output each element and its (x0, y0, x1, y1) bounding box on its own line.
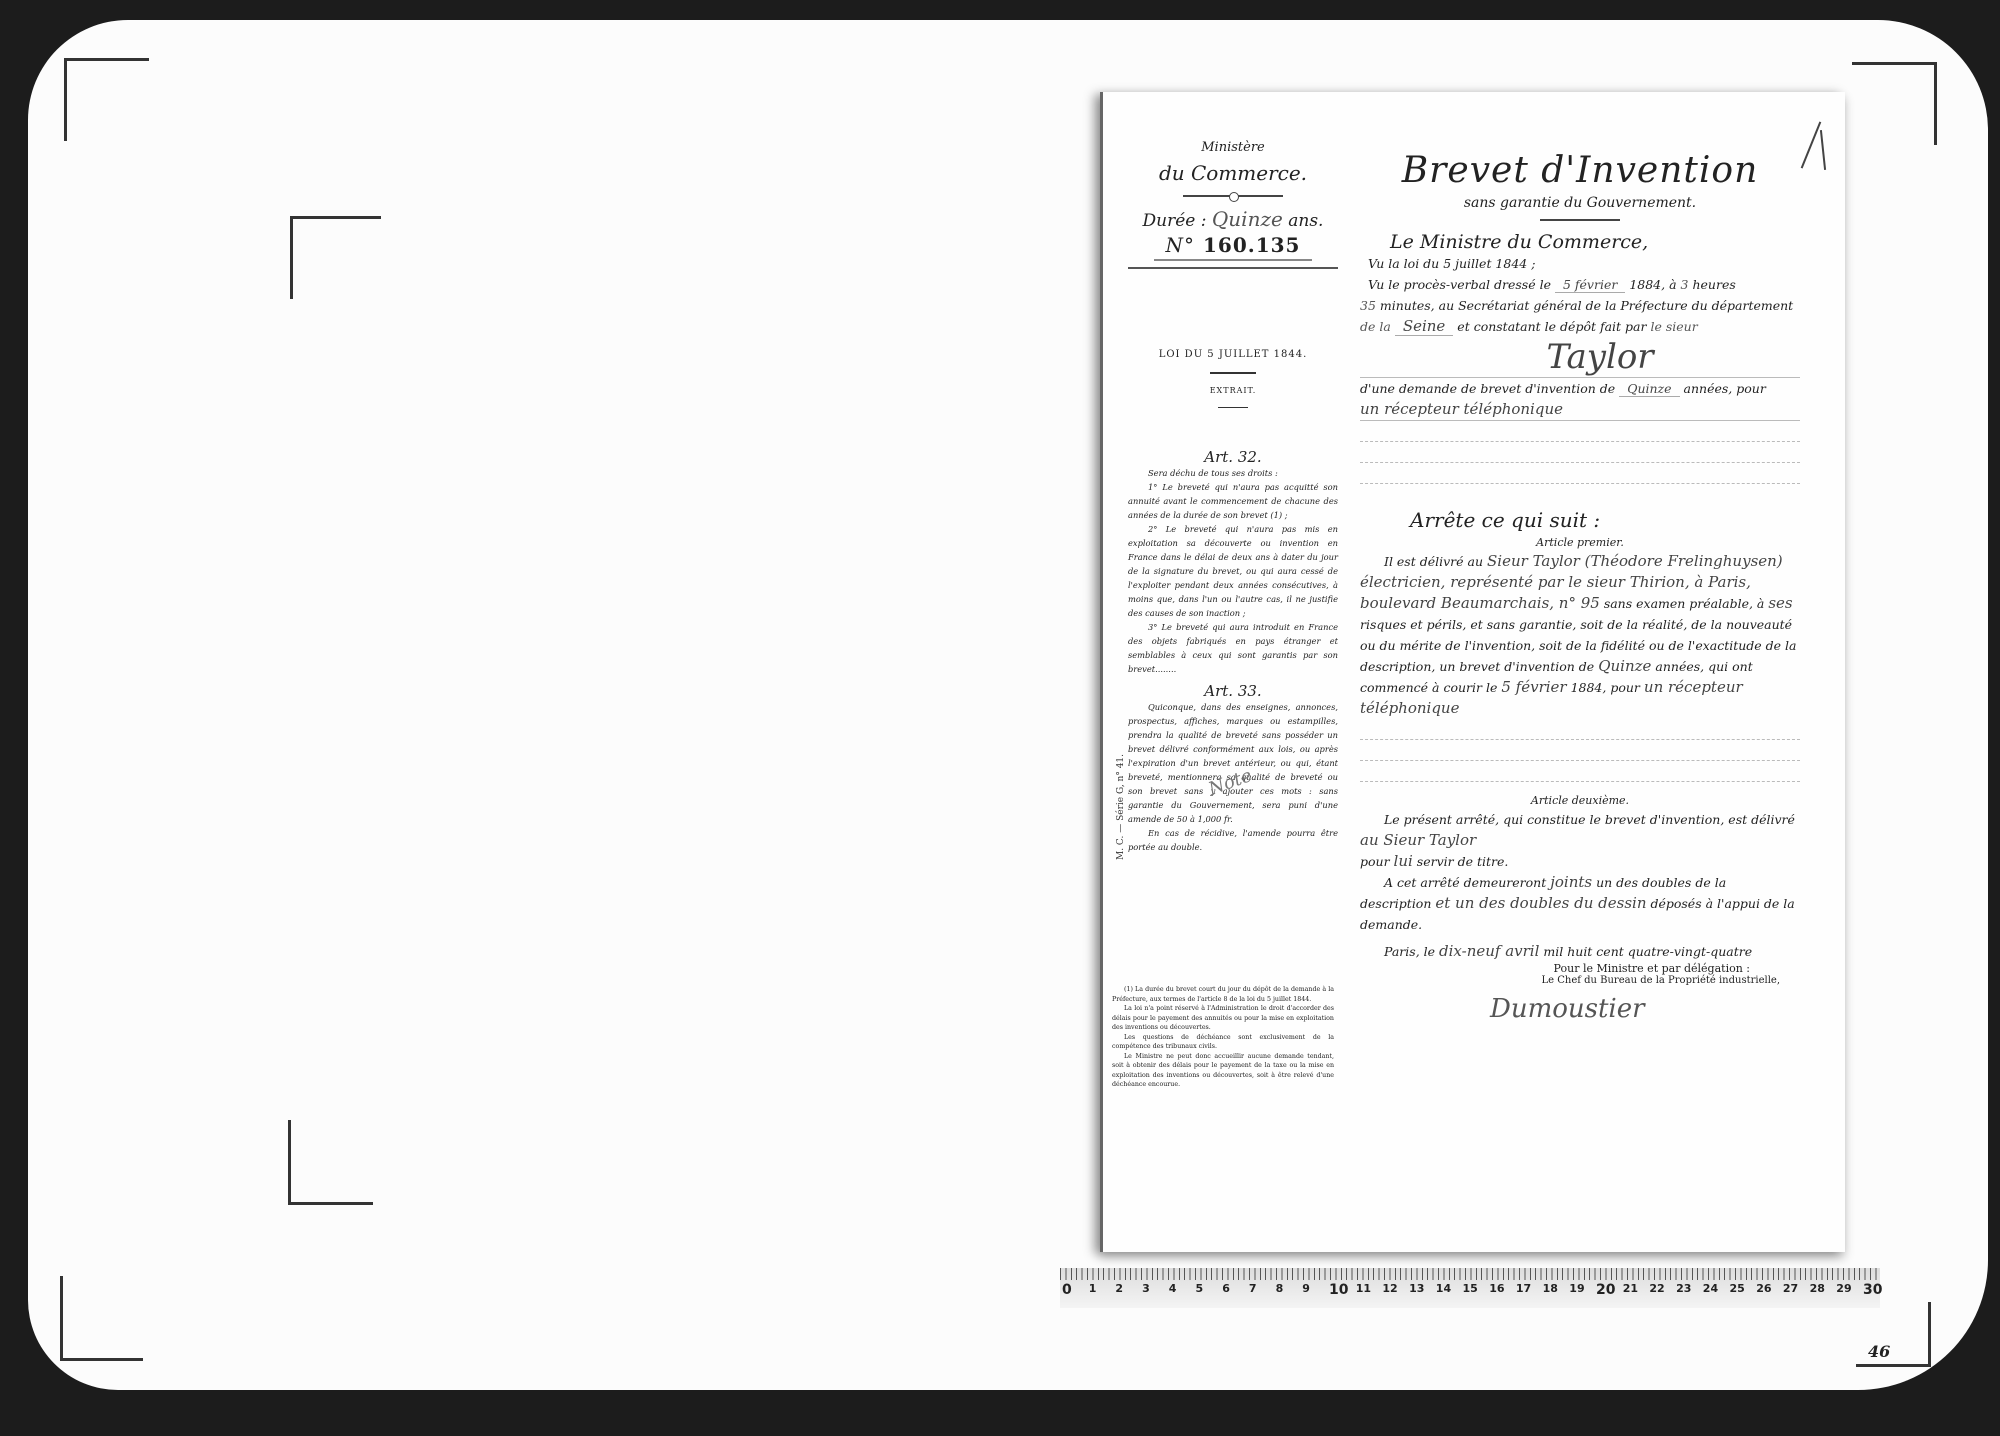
blank-line (1360, 421, 1800, 442)
art2-text3-prefix: A cet arrêté demeureront (1360, 875, 1546, 890)
art1-ses: ses (1768, 594, 1792, 612)
art2-lui: lui (1394, 852, 1413, 870)
ruler-label: 6 (1222, 1282, 1230, 1295)
ruler-label: 8 (1276, 1282, 1284, 1295)
ruler-label: 30 (1863, 1282, 1882, 1298)
pv-minutes: 35 (1360, 298, 1376, 313)
document-subtitle: sans garantie du Gouvernement. (1360, 195, 1800, 211)
blank-line (1360, 719, 1800, 740)
pv-prefix: Vu le procès-verbal dressé le (1368, 277, 1551, 292)
article-1-title: Article premier. (1360, 536, 1800, 549)
ruler-label: 4 (1169, 1282, 1177, 1295)
ruler-label: 3 (1142, 1282, 1150, 1295)
article-32-text: Sera déchu de tous ses droits : 1° Le br… (1118, 466, 1348, 676)
ruler-label: 22 (1649, 1282, 1664, 1295)
pv-line: Vu le procès-verbal dressé le 5 février … (1360, 274, 1800, 295)
ruler-label: 14 (1436, 1282, 1451, 1295)
crop-mark-top-right (1852, 62, 1937, 145)
signature: Dumoustier (1360, 994, 1800, 1024)
art1-pour: pour (1610, 680, 1640, 695)
form-code: M. C. — Série G, n° 41. (1116, 754, 1126, 860)
number-prefix: N° (1166, 233, 1196, 257)
art2-to: au Sieur Taylor (1360, 831, 1476, 849)
duration-value: Quinze (1212, 207, 1283, 231)
signature-delegation: Pour le Ministre et par délégation : (1360, 962, 1800, 975)
ruler-label: 23 (1676, 1282, 1691, 1295)
crop-mark-inner-top-left (290, 216, 381, 299)
minister-heading: Le Ministre du Commerce, (1360, 231, 1800, 253)
blank-line (1360, 442, 1800, 463)
crop-mark-top-left (64, 58, 149, 141)
applicant-name: Taylor (1360, 337, 1800, 378)
ruler-label: 10 (1329, 1282, 1348, 1298)
pv-minutes-line: 35 minutes, au Secrétariat général de la… (1360, 295, 1800, 316)
short-divider (1218, 407, 1248, 408)
patent-number: N° 160.135 (1154, 233, 1313, 261)
paragraph: 1° Le breveté qui n'aura pas acquitté so… (1128, 480, 1338, 522)
depot-by: le sieur (1650, 319, 1697, 334)
demande-years: Quinze (1619, 381, 1679, 397)
date-line: Paris, le dix-neuf avril mil huit cent q… (1360, 941, 1800, 962)
ruler-label: 25 (1730, 1282, 1745, 1295)
paragraph: Quiconque, dans des enseignes, annonces,… (1128, 700, 1338, 826)
ruler-label: 15 (1463, 1282, 1478, 1295)
art1-prefix: Il est délivré au (1360, 554, 1483, 569)
ruler-label: 28 (1810, 1282, 1825, 1295)
crop-mark-inner-bottom-left (288, 1120, 373, 1205)
ruler-label: 13 (1409, 1282, 1424, 1295)
page-number: 46 (1868, 1342, 1890, 1361)
vu-loi: Vu la loi du 5 juillet 1844 ; (1360, 253, 1800, 274)
ruler-label: 7 (1249, 1282, 1257, 1295)
ministry-line1: Ministère (1118, 140, 1348, 155)
art1-date: 5 février (1501, 678, 1566, 696)
duration-unit: ans. (1288, 211, 1323, 231)
ruler-label: 1 (1089, 1282, 1097, 1295)
short-divider (1210, 372, 1256, 374)
pv-hour-label: heures (1692, 277, 1735, 292)
measurement-ruler: 0123456789101112131415161718192021222324… (1060, 1268, 1880, 1308)
left-column: Ministère du Commerce. Durée : Quinze an… (1118, 140, 1348, 854)
art1-year: 1884, (1571, 680, 1607, 695)
article-32-title: Art. 32. (1118, 448, 1348, 466)
ruler-label: 2 (1115, 1282, 1123, 1295)
ruler-label: 27 (1783, 1282, 1798, 1295)
invention-title: un récepteur téléphonique (1360, 399, 1800, 421)
department: Seine (1395, 317, 1454, 336)
paragraph: 2° Le breveté qui n'aura pas mis en expl… (1128, 522, 1338, 620)
article-2-title: Article deuxième. (1360, 794, 1800, 807)
date-year: mil huit cent quatre-vingt-quatre (1543, 944, 1752, 959)
pv-rest: minutes, au Secrétariat général de la Pr… (1380, 298, 1793, 313)
footnotes: (1) La durée du brevet court du jour du … (1112, 985, 1334, 1090)
duration-line: Durée : Quinze ans. (1118, 207, 1348, 231)
blank-line (1360, 761, 1800, 782)
dept-line: de la Seine et constatant le dépôt fait … (1360, 316, 1800, 337)
duration-label: Durée : (1143, 211, 1207, 231)
footnote: (1) La durée du brevet court du jour du … (1112, 985, 1334, 1004)
ruler-label: 12 (1382, 1282, 1397, 1295)
footnote: Le Ministre ne peut donc accueillir aucu… (1112, 1052, 1334, 1090)
art2-pour: pour (1360, 854, 1390, 869)
ruler-label: 0 (1062, 1282, 1072, 1298)
ornament-divider (1540, 219, 1620, 221)
divider (1128, 267, 1338, 269)
paragraph: 3° Le breveté qui aura introduit en Fran… (1128, 620, 1338, 676)
art2-text1: Le présent arrêté, qui constitue le brev… (1360, 812, 1795, 827)
blank-line (1360, 463, 1800, 484)
depot-text: et constatant le dépôt fait par (1457, 319, 1646, 334)
ruler-label: 24 (1703, 1282, 1718, 1295)
ruler-label: 11 (1356, 1282, 1371, 1295)
art2-joints: joints (1550, 873, 1592, 891)
demande-line: d'une demande de brevet d'invention de Q… (1360, 378, 1800, 399)
dept-prefix: de la (1360, 319, 1391, 334)
paragraph: Sera déchu de tous ses droits : (1128, 466, 1338, 480)
signature-title: Le Chef du Bureau de la Propriété indust… (1360, 975, 1800, 986)
art2-text2: servir de titre. (1417, 854, 1509, 869)
crop-mark-bottom-left (60, 1276, 143, 1361)
ruler-label: 26 (1756, 1282, 1771, 1295)
ruler-label: 18 (1543, 1282, 1558, 1295)
date-prefix: Paris, le (1384, 944, 1435, 959)
art1-text1: sans examen préalable, à (1604, 596, 1765, 611)
art1-years: Quinze (1598, 657, 1651, 675)
ruler-label: 5 (1196, 1282, 1204, 1295)
date-hand: dix-neuf avril (1439, 942, 1539, 960)
article-1-body: Il est délivré au Sieur Taylor (Théodore… (1360, 551, 1800, 719)
law-heading: LOI DU 5 JUILLET 1844. (1118, 349, 1348, 360)
number-value: 160.135 (1203, 233, 1300, 257)
pv-year: 1884, à (1629, 277, 1676, 292)
ruler-label: 29 (1836, 1282, 1851, 1295)
ruler-label: 21 (1623, 1282, 1638, 1295)
ministry-line2: du Commerce. (1118, 161, 1348, 185)
ornament-divider (1183, 195, 1283, 197)
paragraph: En cas de récidive, l'amende pourra être… (1128, 826, 1338, 854)
ruler-label: 17 (1516, 1282, 1531, 1295)
blank-line (1360, 740, 1800, 761)
ruler-label: 19 (1569, 1282, 1584, 1295)
ruler-ticks (1060, 1268, 1880, 1280)
ruler-label: 20 (1596, 1282, 1615, 1298)
art2-dessins: et un des doubles du dessin (1435, 894, 1646, 912)
pv-hour: 3 (1681, 277, 1689, 292)
right-column: Brevet d'Invention sans garantie du Gouv… (1360, 150, 1800, 1024)
demande-suffix: années, pour (1684, 381, 1766, 396)
footnote: Les questions de déchéance sont exclusiv… (1112, 1033, 1334, 1052)
pv-day: 5 février (1555, 277, 1625, 293)
arrete-heading: Arrête ce qui suit : (1360, 508, 1800, 532)
article-2-body: Le présent arrêté, qui constitue le brev… (1360, 809, 1800, 935)
ruler-label: 9 (1302, 1282, 1310, 1295)
document-title: Brevet d'Invention (1360, 150, 1800, 191)
demande-text: d'une demande de brevet d'invention de (1360, 381, 1615, 396)
article-33-title: Art. 33. (1118, 682, 1348, 700)
footnote: La loi n'a point réservé à l'Administrat… (1112, 1004, 1334, 1033)
extract-label: EXTRAIT. (1118, 386, 1348, 395)
ruler-label: 16 (1489, 1282, 1504, 1295)
